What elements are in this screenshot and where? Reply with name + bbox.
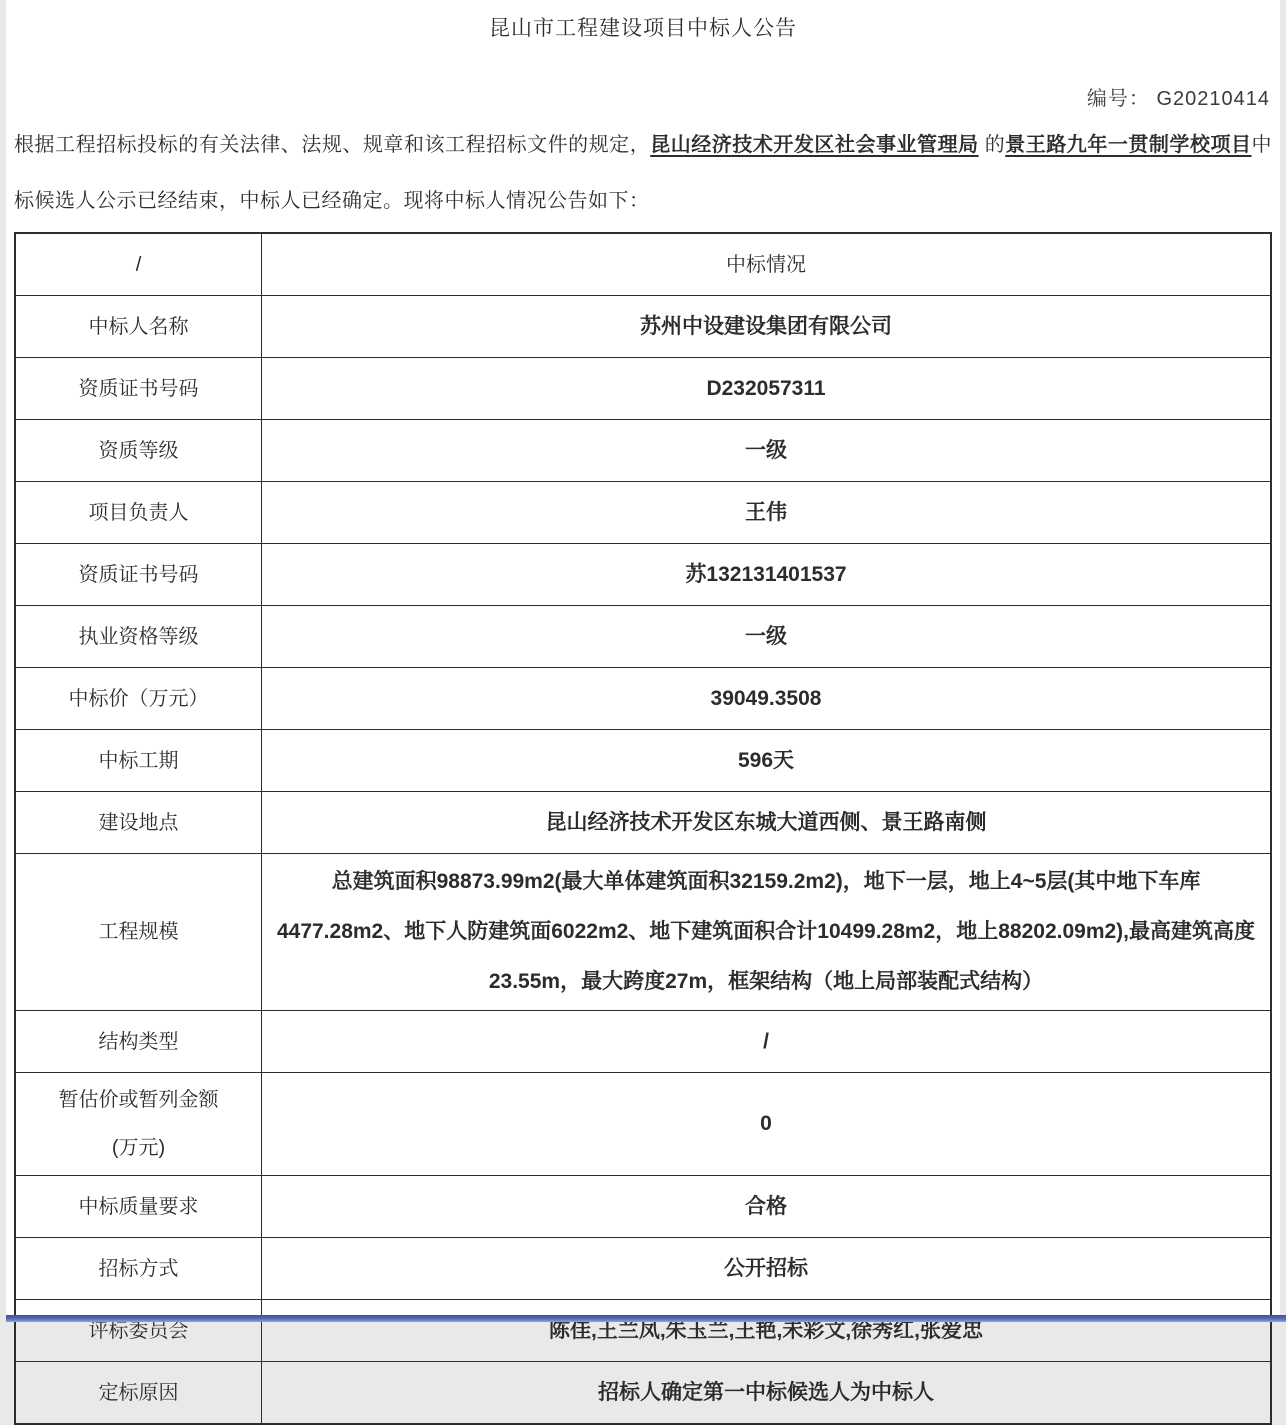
row-value: / xyxy=(262,1011,1272,1073)
row-value: D232057311 xyxy=(262,358,1272,420)
row-value: 中标情况 xyxy=(262,233,1272,296)
row-label: / xyxy=(15,233,262,296)
table-row: 资质等级一级 xyxy=(15,420,1271,482)
row-value: 一级 xyxy=(262,606,1272,668)
row-label: 暂估价或暂列金额 (万元) xyxy=(15,1073,262,1176)
row-label: 招标方式 xyxy=(15,1238,262,1300)
intro-text-middle: 的 xyxy=(979,134,1006,156)
row-value: 苏州中设建设集团有限公司 xyxy=(262,296,1272,358)
row-value: 公开招标 xyxy=(262,1238,1272,1300)
table-body: /中标情况中标人名称苏州中设建设集团有限公司资质证书号码D232057311资质… xyxy=(15,233,1271,1322)
table-row: /中标情况 xyxy=(15,233,1271,296)
intro-paragraph: 根据工程招标投标的有关法律、法规、规章和该工程招标文件的规定，昆山经济技术开发区… xyxy=(14,117,1272,229)
row-label: 资质等级 xyxy=(15,420,262,482)
table-row: 中标质量要求合格 xyxy=(15,1176,1271,1238)
row-label: 中标工期 xyxy=(15,730,262,792)
table-row: 资质证书号码D232057311 xyxy=(15,358,1271,420)
table-row: 暂估价或暂列金额 (万元)0 xyxy=(15,1073,1271,1176)
table-row: 项目负责人王伟 xyxy=(15,482,1271,544)
row-label: 建设地点 xyxy=(15,792,262,854)
row-value: 一级 xyxy=(262,420,1272,482)
intro-text-before: 根据工程招标投标的有关法律、法规、规章和该工程招标文件的规定， xyxy=(14,134,650,156)
table-row: 招标方式公开招标 xyxy=(15,1238,1271,1300)
table-row: 中标人名称苏州中设建设集团有限公司 xyxy=(15,296,1271,358)
row-value: 昆山经济技术开发区东城大道西侧、景王路南侧 xyxy=(262,792,1272,854)
row-value: 合格 xyxy=(262,1176,1272,1238)
row-label: 工程规模 xyxy=(15,854,262,1011)
row-label: 执业资格等级 xyxy=(15,606,262,668)
row-value: 总建筑面积98873.99m2(最大单体建筑面积32159.2m2)，地下一层，… xyxy=(262,854,1272,1011)
bottom-accent-bar xyxy=(6,1315,1286,1322)
tenderer-org-name: 昆山经济技术开发区社会事业管理局 xyxy=(650,134,978,156)
row-label: 项目负责人 xyxy=(15,482,262,544)
project-name: 景王路九年一贯制学校项目 xyxy=(1005,134,1251,156)
row-label: 结构类型 xyxy=(15,1011,262,1073)
table-row: 执业资格等级一级 xyxy=(15,606,1271,668)
table-row: 工程规模总建筑面积98873.99m2(最大单体建筑面积32159.2m2)，地… xyxy=(15,854,1271,1011)
row-value: 王伟 xyxy=(262,482,1272,544)
announcement-page: 昆山市工程建设项目中标人公告 编号： G20210414 根据工程招标投标的有关… xyxy=(6,0,1280,1322)
page-title: 昆山市工程建设项目中标人公告 xyxy=(6,0,1280,42)
row-label: 中标人名称 xyxy=(15,296,262,358)
row-label: 资质证书号码 xyxy=(15,358,262,420)
table-row: 中标价（万元）39049.3508 xyxy=(15,668,1271,730)
bid-winner-info-table: /中标情况中标人名称苏州中设建设集团有限公司资质证书号码D232057311资质… xyxy=(14,232,1272,1322)
row-value: 0 xyxy=(262,1073,1272,1176)
row-label: 资质证书号码 xyxy=(15,544,262,606)
table-row: 资质证书号码苏132131401537 xyxy=(15,544,1271,606)
row-value: 596天 xyxy=(262,730,1272,792)
table-row: 建设地点昆山经济技术开发区东城大道西侧、景王路南侧 xyxy=(15,792,1271,854)
row-value: 39049.3508 xyxy=(262,668,1272,730)
row-label: 中标质量要求 xyxy=(15,1176,262,1238)
row-value: 苏132131401537 xyxy=(262,544,1272,606)
table-row: 结构类型/ xyxy=(15,1011,1271,1073)
row-label: 中标价（万元） xyxy=(15,668,262,730)
doc-number: 编号： G20210414 xyxy=(6,82,1280,111)
table-row: 中标工期596天 xyxy=(15,730,1271,792)
